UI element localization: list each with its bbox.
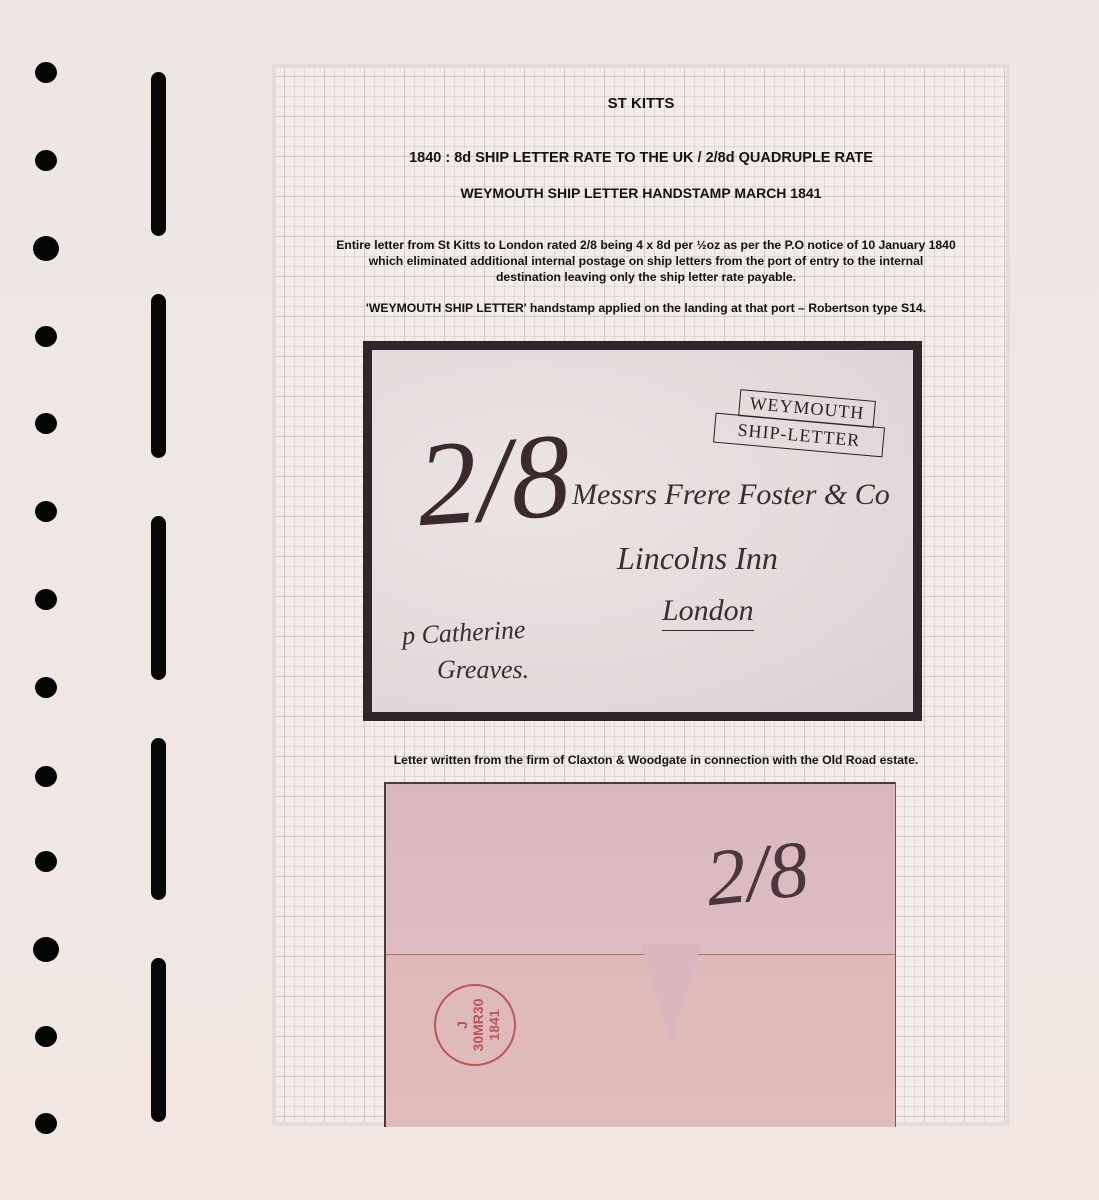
cover-letter-front: WEYMOUTH SHIP-LETTER 2/8 Messrs Frere Fo… (363, 341, 922, 721)
address-line-1: Messrs Frere Foster & Co (572, 478, 890, 512)
handstamp-note: 'WEYMOUTH SHIP LETTER' handstamp applied… (336, 300, 956, 316)
binder-slot (151, 72, 166, 236)
binder-hole (35, 150, 57, 171)
postmark-code: J (454, 986, 470, 1064)
binder-hole (35, 1113, 57, 1134)
binder-hole (35, 62, 57, 83)
faint-watermark (124, 505, 152, 695)
cover2-caption: Letter written from the firm of Claxton … (356, 753, 956, 767)
binder-slot (151, 516, 166, 680)
binder-hole (35, 851, 57, 872)
arrival-postmark: J 30MR30 1841 (434, 984, 516, 1066)
binder-hole (35, 677, 57, 698)
manuscript-rate-mark: 2/8 (413, 415, 574, 545)
page-title: ST KITTS (276, 95, 1006, 112)
binder-hole (35, 501, 57, 522)
binder-hole (35, 413, 57, 434)
binder-hole (35, 326, 57, 347)
binder-hole (35, 1026, 57, 1047)
binder-hole (35, 766, 57, 787)
description-text: Entire letter from St Kitts to London ra… (336, 237, 956, 285)
address-line-2: Lincolns Inn (617, 540, 778, 577)
binder-hole (35, 589, 57, 610)
handstamp-heading: WEYMOUTH SHIP LETTER HANDSTAMP MARCH 184… (276, 185, 1006, 201)
cover-letter-reverse: 2/8 J 30MR30 1841 (384, 782, 896, 1127)
postmark-year: 1841 (486, 986, 502, 1064)
binder-hole (33, 236, 59, 261)
ship-endorsement-line-2: Greaves. (437, 655, 529, 685)
manuscript-rate-mark-2: 2/8 (702, 824, 813, 925)
binder-slot (151, 294, 166, 458)
binder-hole (33, 937, 59, 962)
rate-heading: 1840 : 8d SHIP LETTER RATE TO THE UK / 2… (276, 150, 1006, 166)
postmark-date: 30MR30 (470, 986, 486, 1064)
address-line-3: London (662, 594, 754, 631)
binder-slot (151, 958, 166, 1122)
flap-notch (641, 944, 701, 1044)
binder-slot (151, 738, 166, 900)
